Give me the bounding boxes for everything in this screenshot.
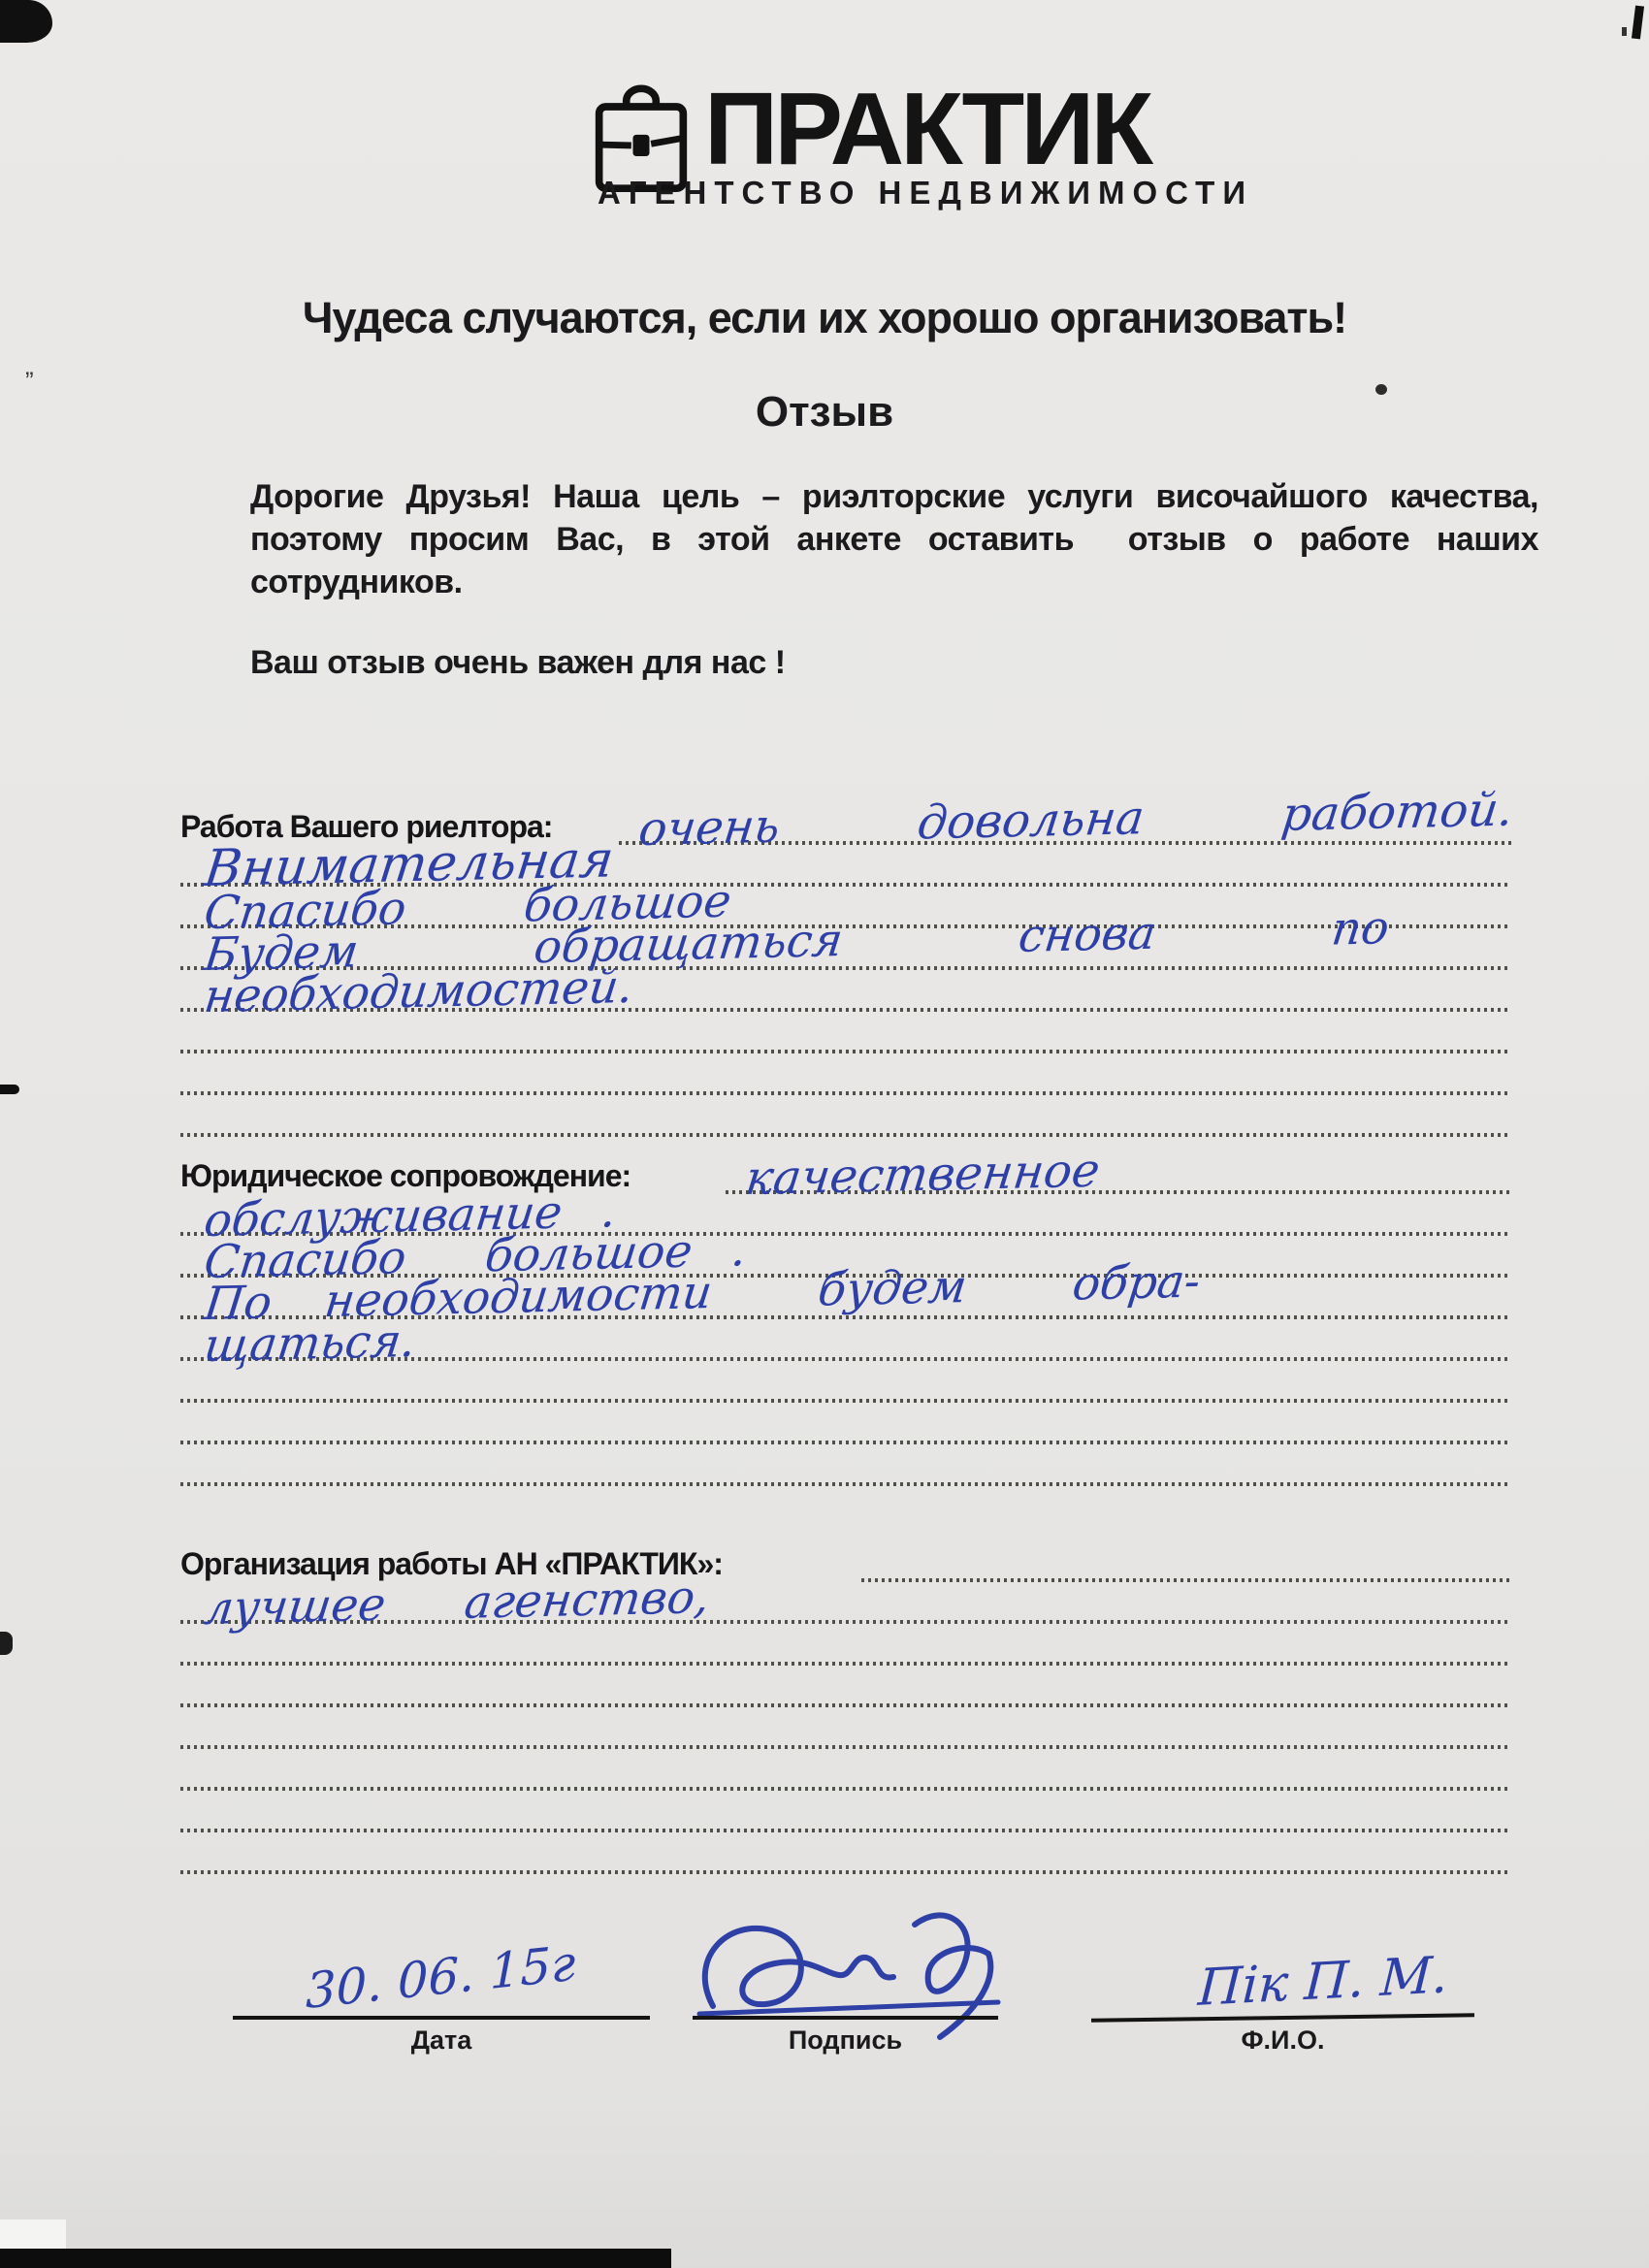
form-title: Отзыв: [0, 388, 1649, 437]
form-section: Юридическое сопровождение:качественноеоб…: [180, 1152, 1511, 1486]
dotted-answer-line: щаться.: [180, 1319, 1511, 1361]
scan-artifact: [1632, 6, 1644, 40]
intro-paragraph: Дорогие Друзья! Наша цель – риэлторские …: [250, 475, 1538, 603]
dotted-answer-line: [180, 1444, 1511, 1486]
handwritten-answer: лучшее агенство,: [202, 1574, 712, 1632]
handwritten-date: 30. 06. 15г: [306, 1938, 575, 2016]
dotted-answer-line: [180, 1749, 1511, 1791]
dotted-answer-line: [180, 1707, 1511, 1749]
dotted-answer-line: [180, 1403, 1511, 1444]
dotted-answer-line: [180, 1095, 1511, 1137]
dotted-answer-line: Будем обращаться снова по: [180, 928, 1511, 970]
form-section: Работа Вашего риелтора:очень довольна ра…: [180, 803, 1511, 1137]
dotted-answer-line: [180, 1832, 1511, 1874]
scan-artifact: [0, 1085, 19, 1094]
scan-artifact: „: [25, 351, 36, 381]
section-label-line: Юридическое сопровождение:качественное: [180, 1152, 1511, 1194]
signature-line: [693, 2016, 998, 2020]
section-label-line: Организация работы АН «ПРАКТИК»:: [180, 1540, 1511, 1582]
dotted-answer-line: необходимостей.: [180, 970, 1511, 1012]
dotted-answer-line: [180, 1791, 1511, 1832]
scan-artifact: [1622, 27, 1627, 36]
scan-artifact: [0, 2249, 671, 2268]
handwritten-answer: очень довольна работой.: [636, 786, 1516, 853]
handwritten-answer: качественное: [743, 1148, 1102, 1202]
brand-subtitle: АГЕНТСТВО НЕДВИЖИМОСТИ: [598, 175, 1253, 211]
slogan: Чудеса случаются, если их хорошо организ…: [0, 293, 1649, 343]
intro-note: Ваш отзыв очень важен для нас !: [250, 644, 786, 682]
handwritten-answer: необходимостей.: [202, 964, 635, 1020]
dotted-answer-line: лучшее агенство,: [180, 1582, 1511, 1624]
date-label: Дата: [233, 2025, 650, 2056]
signature-label: Подпись: [693, 2025, 998, 2056]
date-line: [233, 2016, 650, 2020]
dotted-answer-line: [180, 1666, 1511, 1707]
scan-artifact: [0, 0, 52, 43]
name-label: Ф.И.О.: [1091, 2025, 1474, 2056]
name-field: Пік П. М. Ф.И.О.: [1091, 1932, 1474, 2056]
scanned-feedback-form: „ ПРАКТИК АГЕНТСТВО НЕДВИЖИМОСТИ Чудеса …: [0, 0, 1649, 2268]
dotted-answer-line: [180, 1053, 1511, 1095]
scan-artifact: [0, 2219, 66, 2249]
form-section: Организация работы АН «ПРАКТИК»:лучшее а…: [180, 1540, 1511, 1874]
scan-artifact: [0, 1632, 13, 1655]
date-field: 30. 06. 15г Дата: [233, 1932, 650, 2056]
handwritten-answer: щаться.: [202, 1318, 418, 1369]
brand-name: ПРАКТИК: [704, 78, 1149, 180]
handwritten-name: Пік П. М.: [1197, 1950, 1449, 2014]
dotted-answer-line: По необходимости будем обра-: [180, 1278, 1511, 1319]
signature-field: Подпись: [693, 1896, 998, 2056]
